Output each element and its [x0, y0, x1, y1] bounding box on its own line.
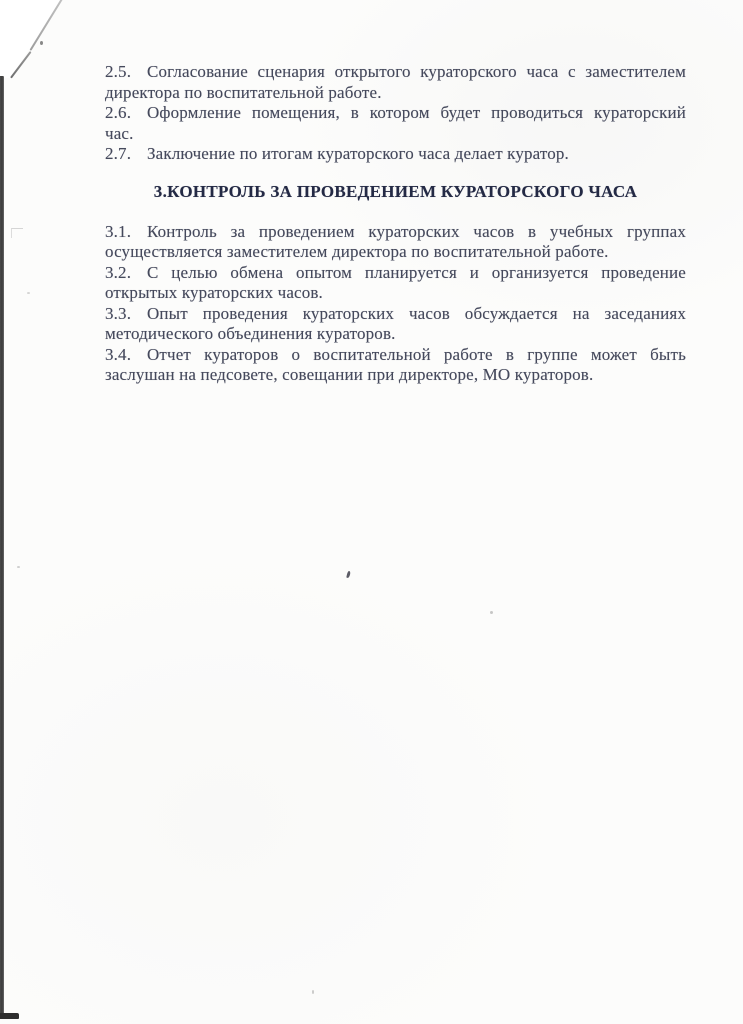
- item-number: 3.3.: [105, 304, 147, 325]
- document-body: 2.5.Согласование сценария открытого кура…: [105, 62, 686, 386]
- item-text: Оформление помещения, в котором будет пр…: [147, 103, 686, 122]
- scan-smudge: [11, 228, 23, 238]
- paragraph-line: 3.2.С целью обмена опытом планируется и …: [105, 263, 686, 284]
- list-item-3-1: 3.1.Контроль за проведением кураторских …: [105, 222, 686, 263]
- item-number: 2.5.: [105, 62, 147, 83]
- paragraph-line: 2.5.Согласование сценария открытого кура…: [105, 62, 686, 83]
- scan-speck: [17, 566, 20, 568]
- paragraph-line: директора по воспитательной работе.: [105, 83, 686, 104]
- list-item-3-4: 3.4.Отчет кураторов о воспитательной раб…: [105, 345, 686, 386]
- item-text: Контроль за проведением кураторских часо…: [147, 222, 686, 241]
- list-item-2-7: 2.7.Заключение по итогам кураторского ча…: [105, 144, 686, 165]
- paragraph-line: заслушан на педсовете, совещании при дир…: [105, 365, 686, 386]
- paragraph-line: 3.3.Опыт проведения кураторских часов об…: [105, 304, 686, 325]
- paragraph-line: открытых кураторских часов.: [105, 283, 686, 304]
- scan-speck: [490, 611, 493, 614]
- item-text: Отчет кураторов о воспитательной работе …: [147, 345, 686, 364]
- paragraph-line: час.: [105, 124, 686, 145]
- paragraph-line: осуществляется заместителем директора по…: [105, 242, 686, 263]
- section-heading: 3.КОНТРОЛЬ ЗА ПРОВЕДЕНИЕМ КУРАТОРСКОГО Ч…: [105, 181, 686, 202]
- list-item-2-6: 2.6.Оформление помещения, в котором буде…: [105, 103, 686, 144]
- paragraph-line: 2.6.Оформление помещения, в котором буде…: [105, 103, 686, 124]
- page-corner-shadow: [0, 1013, 19, 1019]
- item-text: Согласование сценария открытого кураторс…: [147, 62, 686, 81]
- ink-speck: [346, 571, 351, 579]
- paragraph-line: 2.7.Заключение по итогам кураторского ча…: [105, 144, 686, 165]
- item-number: 3.4.: [105, 345, 147, 366]
- item-text: Заключение по итогам кураторского часа д…: [147, 144, 569, 163]
- item-number: 2.7.: [105, 144, 147, 165]
- list-item-3-2: 3.2.С целью обмена опытом планируется и …: [105, 263, 686, 304]
- paragraph-line: методического объединения кураторов.: [105, 324, 686, 345]
- scanned-document-page: 2.5.Согласование сценария открытого кура…: [0, 0, 743, 1024]
- item-text: Опыт проведения кураторских часов обсужд…: [147, 304, 686, 323]
- scan-speck: [312, 990, 314, 994]
- list-item-3-3: 3.3.Опыт проведения кураторских часов об…: [105, 304, 686, 345]
- fold-crease-dot: [40, 41, 43, 45]
- item-text: С целью обмена опытом планируется и орга…: [147, 263, 686, 282]
- scan-speck: [27, 292, 30, 294]
- paragraph-line: 3.1.Контроль за проведением кураторских …: [105, 222, 686, 243]
- item-number: 3.1.: [105, 222, 147, 243]
- item-number: 3.2.: [105, 263, 147, 284]
- item-number: 2.6.: [105, 103, 147, 124]
- paragraph-line: 3.4.Отчет кураторов о воспитательной раб…: [105, 345, 686, 366]
- list-item-2-5: 2.5.Согласование сценария открытого кура…: [105, 62, 686, 103]
- page-edge-shadow: [0, 76, 4, 1016]
